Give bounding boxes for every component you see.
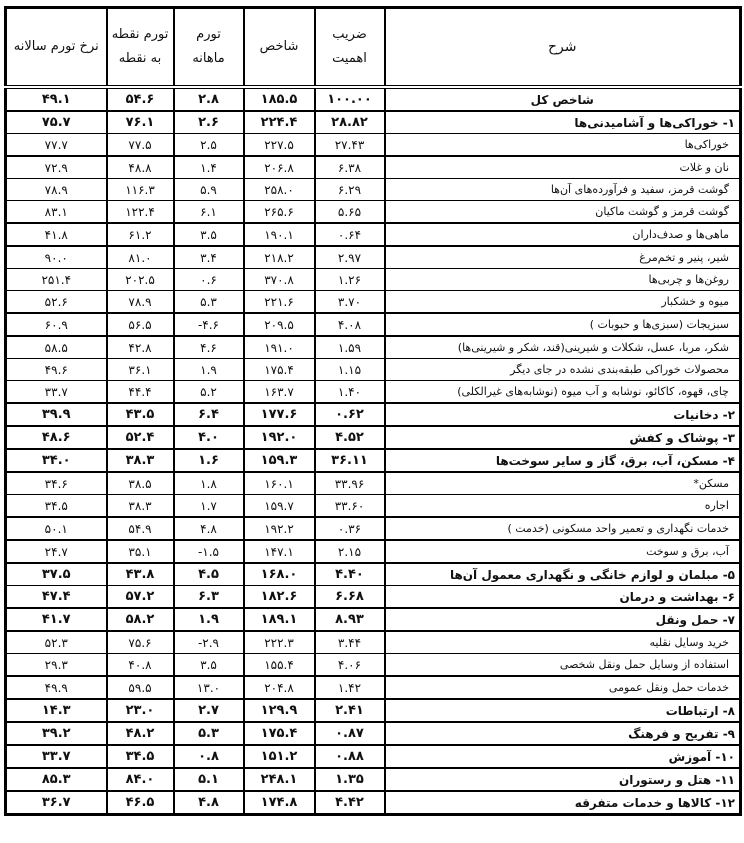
row-annual-inflation-value: ۷۷.۷ [45, 138, 68, 152]
table-row: خدمات نگهداری و تعمیر واحد مسکونی (خدمت … [6, 517, 741, 540]
row-description: ۵- مبلمان و لوازم خانگی و نگهداری معمول … [385, 563, 741, 586]
row-annual-inflation: ۱۴.۳ [6, 699, 107, 722]
row-description-value: اجاره [705, 499, 729, 512]
row-index: ۱۴۷.۱ [244, 540, 315, 563]
row-monthly-inflation: ۴.۸ [174, 517, 244, 540]
row-point-to-point-inflation-value: ۳۸.۵ [128, 477, 151, 491]
row-weight: ۱.۲۶ [315, 269, 385, 291]
row-annual-inflation: ۳۶.۷ [6, 791, 107, 815]
row-index: ۱۸۹.۱ [244, 608, 315, 631]
row-description-value: مسکن* [693, 477, 729, 490]
row-point-to-point-inflation-value: ۵۹.۵ [128, 681, 151, 695]
row-point-to-point-inflation-value: ۳۸.۳ [126, 453, 155, 468]
row-description-value: گوشت قرمز و گوشت ماکیان [595, 205, 729, 218]
row-description-value: ۱۲- کالاها و خدمات متفرقه [575, 796, 735, 810]
row-point-to-point-inflation: ۵۴.۶ [107, 87, 174, 111]
row-weight: ۱.۱۵ [315, 359, 385, 381]
row-description-value: ۱۰- آموزش [669, 750, 735, 764]
row-description: ۴- مسکن، آب، برق، گاز و سایر سوخت‌ها [385, 449, 741, 472]
row-index-value: ۲۶۵.۶ [264, 205, 294, 219]
row-annual-inflation: ۶۰.۹ [6, 313, 107, 336]
row-index-value: ۱۵۱.۲ [261, 749, 298, 764]
row-description-value: شیر، پنیر و تخم‌مرغ [639, 251, 729, 264]
table-row: اجاره۳۳.۶۰۱۵۹.۷۱.۷۳۸.۳۳۴.۵ [6, 495, 741, 518]
row-monthly-inflation-value: ۲.۵ [200, 138, 217, 152]
row-index-value: ۲۰۹.۵ [264, 318, 294, 332]
row-annual-inflation-value: ۳۹.۲ [42, 726, 71, 741]
row-point-to-point-inflation-value: ۴۸.۸ [128, 161, 151, 175]
row-point-to-point-inflation-value: ۷۷.۵ [128, 138, 151, 152]
row-description: روغن‌ها و چربی‌ها [385, 269, 741, 291]
row-annual-inflation: ۴۱.۸ [6, 223, 107, 246]
row-description-value: خدمات حمل ونقل عمومی [609, 681, 729, 694]
row-annual-inflation: ۵۲.۳ [6, 631, 107, 654]
row-annual-inflation-value: ۳۴.۶ [45, 477, 68, 491]
row-description: ۲- دخانیات [385, 403, 741, 426]
row-monthly-inflation-value: ۰.۶ [200, 273, 217, 287]
table-row: ۲- دخانیات۰.۶۲۱۷۷.۶۶.۴۴۳.۵۳۹.۹ [6, 403, 741, 426]
row-monthly-inflation: ۶.۴ [174, 403, 244, 426]
row-weight-value: ۶.۳۸ [338, 161, 361, 175]
row-monthly-inflation: ۳.۵ [174, 223, 244, 246]
row-index: ۲۱۸.۲ [244, 246, 315, 269]
row-point-to-point-inflation-value: ۴۳.۸ [126, 567, 155, 582]
row-description: ماهی‌ها و صدف‌داران [385, 223, 741, 246]
row-point-to-point-inflation: ۱۱۶.۳ [107, 179, 174, 201]
row-monthly-inflation: ۶.۳ [174, 586, 244, 609]
row-index-value: ۱۶۳.۷ [264, 385, 294, 399]
row-description-value: خوراکی‌ها [685, 138, 729, 151]
row-description: ۱۰- آموزش [385, 745, 741, 768]
row-annual-inflation: ۴۸.۶ [6, 426, 107, 449]
row-annual-inflation: ۹۰.۰ [6, 246, 107, 269]
row-weight-value: ۱.۵۹ [338, 341, 361, 355]
row-weight: ۰.۶۴ [315, 223, 385, 246]
row-index: ۱۵۹.۳ [244, 449, 315, 472]
row-monthly-inflation-value: ۳.۵ [200, 228, 217, 242]
row-annual-inflation-value: ۶۰.۹ [45, 318, 68, 332]
row-description: خدمات نگهداری و تعمیر واحد مسکونی (خدمت … [385, 517, 741, 540]
row-index-value: ۱۹۰.۱ [264, 228, 294, 242]
row-monthly-inflation-value: ۶.۴ [198, 407, 219, 422]
row-monthly-inflation-value: ۵.۳ [200, 295, 217, 309]
table-row: خرید وسایل نقلیه۳.۴۴۲۲۲.۳-۲.۹۷۵.۶۵۲.۳ [6, 631, 741, 654]
row-index: ۱۹۲.۰ [244, 426, 315, 449]
header-p2p-line2: به نقطه [119, 51, 162, 66]
row-weight: ۴.۴۰ [315, 563, 385, 586]
row-weight-value: ۲.۴۱ [335, 703, 364, 718]
row-description-value: ۴- مسکن، آب، برق، گاز و سایر سوخت‌ها [496, 454, 735, 468]
row-description-value: محصولات خوراکی طبقه‌بندی نشده در جای دیگ… [510, 363, 729, 376]
row-point-to-point-inflation-value: ۴۸.۲ [126, 726, 155, 741]
row-monthly-inflation-value: ۱.۸ [200, 477, 217, 491]
table-row: روغن‌ها و چربی‌ها۱.۲۶۳۷۰.۸۰.۶۲۰۲.۵۲۵۱.۴ [6, 269, 741, 291]
row-weight: ۱.۴۲ [315, 676, 385, 699]
row-point-to-point-inflation: ۵۴.۹ [107, 517, 174, 540]
row-monthly-inflation: ۲.۶ [174, 111, 244, 134]
row-weight-value: ۲.۱۵ [338, 545, 361, 559]
row-description-value: ۳- پوشاک و کفش [629, 431, 735, 445]
row-annual-inflation: ۳۴.۰ [6, 449, 107, 472]
table-row: شیر، پنیر و تخم‌مرغ۲.۹۷۲۱۸.۲۳.۴۸۱.۰۹۰.۰ [6, 246, 741, 269]
row-monthly-inflation: ۵.۹ [174, 179, 244, 201]
row-description: چای، قهوه، کاکائو، نوشابه و آب میوه (نوش… [385, 381, 741, 404]
row-annual-inflation-value: ۴۹.۹ [45, 681, 68, 695]
row-point-to-point-inflation-value: ۸۴.۰ [126, 772, 155, 787]
row-monthly-inflation-value: ۴.۰ [198, 430, 219, 445]
row-monthly-inflation: ۲.۵ [174, 134, 244, 157]
row-point-to-point-inflation-value: ۵۶.۵ [128, 318, 151, 332]
row-index: ۲۲۲.۳ [244, 631, 315, 654]
row-point-to-point-inflation: ۷۸.۹ [107, 291, 174, 314]
table-row: ۱- خوراکی‌ها و آشامیدنی‌ها۲۸.۸۲۲۲۴.۴۲.۶۷… [6, 111, 741, 134]
row-annual-inflation: ۷۷.۷ [6, 134, 107, 157]
row-index: ۲۰۶.۸ [244, 156, 315, 179]
row-monthly-inflation-value: ۶.۳ [198, 589, 219, 604]
row-weight-value: ۲.۹۷ [338, 251, 361, 265]
table-row: استفاده از وسایل حمل ونقل شخصی۴.۰۶۱۵۵.۴۳… [6, 654, 741, 677]
row-point-to-point-inflation-value: ۳۶.۱ [128, 363, 151, 377]
row-weight-value: ۳۶.۱۱ [331, 453, 368, 468]
row-index-value: ۱۹۱.۰ [264, 341, 294, 355]
row-description: ۳- پوشاک و کفش [385, 426, 741, 449]
row-annual-inflation: ۲۵۱.۴ [6, 269, 107, 291]
row-annual-inflation: ۴۹.۹ [6, 676, 107, 699]
row-monthly-inflation: ۵.۳ [174, 722, 244, 745]
row-point-to-point-inflation-value: ۸۱.۰ [128, 251, 151, 265]
row-monthly-inflation-value: ۶.۱ [200, 205, 217, 219]
row-annual-inflation-value: ۷۸.۹ [45, 183, 68, 197]
row-point-to-point-inflation: ۳۴.۵ [107, 745, 174, 768]
header-monthly-label: تورم ماهانه [192, 27, 224, 66]
row-monthly-inflation: ۱۳.۰ [174, 676, 244, 699]
row-description-value: نان و غلات [680, 161, 729, 174]
table-row: ۱۱- هتل و رستوران۱.۳۵۲۴۸.۱۵.۱۸۴.۰۸۵.۳ [6, 768, 741, 791]
row-annual-inflation-value: ۵۲.۶ [45, 295, 68, 309]
row-point-to-point-inflation-value: ۷۶.۱ [126, 115, 155, 130]
row-index: ۱۵۱.۲ [244, 745, 315, 768]
row-index-value: ۱۸۹.۱ [261, 612, 298, 627]
row-monthly-inflation: ۴.۶ [174, 336, 244, 359]
row-point-to-point-inflation-value: ۱۲۲.۴ [125, 205, 155, 219]
row-annual-inflation-value: ۳۳.۷ [45, 385, 68, 399]
row-index-value: ۱۵۹.۷ [264, 499, 294, 513]
row-point-to-point-inflation: ۱۲۲.۴ [107, 201, 174, 224]
row-annual-inflation-value: ۹۰.۰ [45, 251, 68, 265]
row-annual-inflation: ۳۹.۲ [6, 722, 107, 745]
row-index-value: ۱۹۲.۲ [264, 522, 294, 536]
row-index: ۲۴۸.۱ [244, 768, 315, 791]
row-monthly-inflation-value: ۱۳.۰ [197, 681, 220, 695]
row-description-value: خدمات نگهداری و تعمیر واحد مسکونی (خدمت … [507, 522, 729, 535]
row-weight-value: ۰.۸۸ [335, 749, 364, 764]
row-annual-inflation-value: ۴۱.۷ [42, 612, 71, 627]
row-annual-inflation-value: ۴۸.۶ [42, 430, 71, 445]
row-description-value: ماهی‌ها و صدف‌داران [632, 228, 729, 241]
row-monthly-inflation-value: ۴.۵ [198, 567, 219, 582]
row-annual-inflation-value: ۳۴.۰ [42, 453, 71, 468]
row-description-value: ۱- خوراکی‌ها و آشامیدنی‌ها [574, 116, 735, 130]
row-description-value: ۶- بهداشت و درمان [619, 590, 735, 604]
header-annual-label: نرخ تورم سالانه [14, 39, 99, 54]
row-point-to-point-inflation-value: ۵۸.۲ [126, 612, 155, 627]
row-description: خرید وسایل نقلیه [385, 631, 741, 654]
row-monthly-inflation-value: ۴.۸ [198, 795, 219, 810]
row-monthly-inflation-value: ۲.۶ [198, 115, 219, 130]
row-point-to-point-inflation-value: ۷۸.۹ [128, 295, 151, 309]
row-index-value: ۱۷۵.۴ [264, 363, 294, 377]
cpi-table-container: شرح ضریباهمیت شاخص تورم ماهانه تورم نقطه… [4, 6, 739, 816]
row-point-to-point-inflation: ۴۳.۸ [107, 563, 174, 586]
row-point-to-point-inflation-value: ۲۰۲.۵ [125, 273, 155, 287]
row-point-to-point-inflation: ۵۷.۲ [107, 586, 174, 609]
row-weight-value: ۴.۴۲ [335, 795, 364, 810]
row-point-to-point-inflation-value: ۵۲.۴ [126, 430, 155, 445]
row-monthly-inflation: -۲.۹ [174, 631, 244, 654]
row-description-value: روغن‌ها و چربی‌ها [649, 273, 729, 286]
row-weight-value: ۱.۲۶ [338, 273, 361, 287]
row-weight: ۴.۰۶ [315, 654, 385, 677]
row-description-value: چای، قهوه، کاکائو، نوشابه و آب میوه (نوش… [457, 385, 729, 398]
row-weight: ۶.۶۸ [315, 586, 385, 609]
row-index-value: ۱۷۷.۶ [261, 407, 298, 422]
row-annual-inflation-value: ۱۴.۳ [42, 703, 71, 718]
table-row: ۱۲- کالاها و خدمات متفرقه۴.۴۲۱۷۴.۸۴.۸۴۶.… [6, 791, 741, 815]
row-annual-inflation: ۴۹.۱ [6, 87, 107, 111]
row-annual-inflation: ۳۴.۶ [6, 472, 107, 495]
row-monthly-inflation: ۵.۱ [174, 768, 244, 791]
row-weight-value: ۴.۰۶ [338, 658, 361, 672]
row-index-value: ۱۵۹.۳ [261, 453, 298, 468]
row-point-to-point-inflation: ۳۸.۳ [107, 495, 174, 518]
row-monthly-inflation: ۴.۰ [174, 426, 244, 449]
row-point-to-point-inflation: ۴۰.۸ [107, 654, 174, 677]
row-description: مسکن* [385, 472, 741, 495]
header-point-to-point: تورم نقطهبه نقطه [107, 8, 174, 88]
row-index-value: ۲۲۷.۵ [264, 138, 294, 152]
row-index: ۱۷۷.۶ [244, 403, 315, 426]
row-index-value: ۳۷۰.۸ [264, 273, 294, 287]
header-weight: ضریباهمیت [315, 8, 385, 88]
row-annual-inflation-value: ۷۵.۷ [42, 115, 71, 130]
row-weight-value: ۳.۷۰ [338, 295, 361, 309]
row-description: آب، برق و سوخت [385, 540, 741, 563]
row-index: ۱۸۵.۵ [244, 87, 315, 111]
row-monthly-inflation-value: -۴.۶ [198, 318, 219, 332]
row-index: ۲۲۴.۴ [244, 111, 315, 134]
row-point-to-point-inflation: ۴۸.۸ [107, 156, 174, 179]
row-index-value: ۱۹۲.۰ [261, 430, 298, 445]
row-weight: ۴.۵۲ [315, 426, 385, 449]
row-point-to-point-inflation: ۷۶.۱ [107, 111, 174, 134]
row-weight: ۴.۰۸ [315, 313, 385, 336]
row-description-value: ۱۱- هتل و رستوران [619, 773, 735, 787]
row-description-value: ۲- دخانیات [673, 408, 735, 422]
row-monthly-inflation: ۱.۸ [174, 472, 244, 495]
row-monthly-inflation-value: ۵.۹ [200, 183, 217, 197]
row-weight-value: ۳۳.۹۶ [335, 477, 365, 491]
row-index: ۲۰۴.۸ [244, 676, 315, 699]
row-index: ۱۶۳.۷ [244, 381, 315, 404]
row-annual-inflation: ۷۸.۹ [6, 179, 107, 201]
row-monthly-inflation: ۲.۷ [174, 699, 244, 722]
row-annual-inflation: ۵۸.۵ [6, 336, 107, 359]
row-annual-inflation-value: ۲۴.۷ [45, 545, 68, 559]
row-point-to-point-inflation: ۶۱.۲ [107, 223, 174, 246]
row-weight-value: ۶.۶۸ [335, 589, 364, 604]
row-weight: ۳۳.۶۰ [315, 495, 385, 518]
row-point-to-point-inflation-value: ۳۴.۵ [126, 749, 155, 764]
row-weight-value: ۱۰۰.۰۰ [327, 92, 372, 107]
row-index: ۲۶۵.۶ [244, 201, 315, 224]
table-row: آب، برق و سوخت۲.۱۵۱۴۷.۱-۱.۵۳۵.۱۲۴.۷ [6, 540, 741, 563]
row-point-to-point-inflation-value: ۳۵.۱ [128, 545, 151, 559]
row-annual-inflation-value: ۴۹.۶ [45, 363, 68, 377]
row-point-to-point-inflation: ۵۲.۴ [107, 426, 174, 449]
row-description-value: شکر، مربا، عسل، شکلات و شیرینی(قند، شکر … [458, 341, 729, 354]
row-weight: ۲۷.۴۳ [315, 134, 385, 157]
row-annual-inflation: ۳۹.۹ [6, 403, 107, 426]
row-weight-value: ۲۷.۴۳ [335, 138, 365, 152]
row-monthly-inflation: ۵.۳ [174, 291, 244, 314]
row-index: ۱۲۹.۹ [244, 699, 315, 722]
row-weight: ۲.۱۵ [315, 540, 385, 563]
row-point-to-point-inflation-value: ۷۵.۶ [128, 636, 151, 650]
row-weight: ۳.۷۰ [315, 291, 385, 314]
row-annual-inflation-value: ۳۶.۷ [42, 795, 71, 810]
row-monthly-inflation: ۲.۸ [174, 87, 244, 111]
row-point-to-point-inflation: ۴۳.۵ [107, 403, 174, 426]
table-row: ۹- تفریح و فرهنگ۰.۸۷۱۷۵.۴۵.۳۴۸.۲۳۹.۲ [6, 722, 741, 745]
row-annual-inflation: ۲۴.۷ [6, 540, 107, 563]
row-annual-inflation-value: ۸۵.۳ [42, 772, 71, 787]
row-index-value: ۲۲۲.۳ [264, 636, 294, 650]
row-weight-value: ۱.۴۲ [338, 681, 361, 695]
row-point-to-point-inflation: ۴۶.۵ [107, 791, 174, 815]
row-weight: ۲.۹۷ [315, 246, 385, 269]
row-index: ۱۷۵.۴ [244, 359, 315, 381]
row-weight: ۰.۸۸ [315, 745, 385, 768]
row-point-to-point-inflation: ۴۲.۸ [107, 336, 174, 359]
row-weight-value: ۰.۸۷ [335, 726, 364, 741]
row-annual-inflation: ۷۵.۷ [6, 111, 107, 134]
row-monthly-inflation-value: ۲.۷ [198, 703, 219, 718]
row-point-to-point-inflation-value: ۳۸.۳ [128, 499, 151, 513]
row-point-to-point-inflation-value: ۶۱.۲ [128, 228, 151, 242]
row-annual-inflation: ۳۷.۵ [6, 563, 107, 586]
row-annual-inflation: ۳۴.۵ [6, 495, 107, 518]
row-index-value: ۲۲۱.۶ [264, 295, 294, 309]
row-index-value: ۱۶۰.۱ [264, 477, 294, 491]
row-monthly-inflation-value: ۵.۱ [198, 772, 219, 787]
table-row: ۳- پوشاک و کفش۴.۵۲۱۹۲.۰۴.۰۵۲.۴۴۸.۶ [6, 426, 741, 449]
table-row: ۶- بهداشت و درمان۶.۶۸۱۸۲.۶۶.۳۵۷.۲۴۷.۴ [6, 586, 741, 609]
row-annual-inflation: ۵۲.۶ [6, 291, 107, 314]
row-monthly-inflation: ۶.۱ [174, 201, 244, 224]
row-weight-value: ۱.۳۵ [335, 772, 364, 787]
table-row: ۱۰- آموزش۰.۸۸۱۵۱.۲۰.۸۳۴.۵۳۳.۷ [6, 745, 741, 768]
table-row: نان و غلات۶.۳۸۲۰۶.۸۱.۴۴۸.۸۷۲.۹ [6, 156, 741, 179]
table-row: شکر، مربا، عسل، شکلات و شیرینی(قند، شکر … [6, 336, 741, 359]
row-index-value: ۲۵۸.۰ [264, 183, 294, 197]
row-point-to-point-inflation-value: ۴۰.۸ [128, 658, 151, 672]
row-monthly-inflation: ۰.۶ [174, 269, 244, 291]
row-weight: ۰.۸۷ [315, 722, 385, 745]
row-monthly-inflation-value: ۴.۸ [200, 522, 217, 536]
row-description: گوشت قرمز و گوشت ماکیان [385, 201, 741, 224]
table-row: میوه و خشکبار۳.۷۰۲۲۱.۶۵.۳۷۸.۹۵۲.۶ [6, 291, 741, 314]
row-index: ۱۸۲.۶ [244, 586, 315, 609]
table-row: شاخص کل۱۰۰.۰۰۱۸۵.۵۲.۸۵۴.۶۴۹.۱ [6, 87, 741, 111]
row-weight: ۶.۲۹ [315, 179, 385, 201]
row-monthly-inflation-value: -۱.۵ [198, 545, 219, 559]
row-point-to-point-inflation: ۵۸.۲ [107, 608, 174, 631]
row-weight-value: ۰.۶۴ [338, 228, 361, 242]
table-row: ۴- مسکن، آب، برق، گاز و سایر سوخت‌ها۳۶.۱… [6, 449, 741, 472]
row-index: ۲۲۷.۵ [244, 134, 315, 157]
row-index: ۱۷۵.۴ [244, 722, 315, 745]
header-annual: نرخ تورم سالانه [6, 8, 107, 88]
row-point-to-point-inflation: ۲۳.۰ [107, 699, 174, 722]
row-point-to-point-inflation-value: ۵۷.۲ [126, 589, 155, 604]
row-monthly-inflation-value: ۴.۶ [200, 341, 217, 355]
row-description: ۱- خوراکی‌ها و آشامیدنی‌ها [385, 111, 741, 134]
row-description: خدمات حمل ونقل عمومی [385, 676, 741, 699]
row-weight: ۲۸.۸۲ [315, 111, 385, 134]
row-weight-value: ۳۳.۶۰ [335, 499, 365, 513]
row-point-to-point-inflation: ۲۰۲.۵ [107, 269, 174, 291]
row-point-to-point-inflation-value: ۴۴.۴ [128, 385, 151, 399]
row-weight-value: ۰.۶۲ [335, 407, 364, 422]
row-index-value: ۲۱۸.۲ [264, 251, 294, 265]
row-point-to-point-inflation: ۳۶.۱ [107, 359, 174, 381]
row-point-to-point-inflation: ۴۴.۴ [107, 381, 174, 404]
row-description: استفاده از وسایل حمل ونقل شخصی [385, 654, 741, 677]
row-point-to-point-inflation: ۸۱.۰ [107, 246, 174, 269]
row-annual-inflation-value: ۴۱.۸ [45, 228, 68, 242]
row-index-value: ۱۴۷.۱ [264, 545, 294, 559]
table-row: گوشت قرمز، سفید و فرآورده‌های آن‌ها۶.۲۹۲… [6, 179, 741, 201]
row-description-value: ۹- تفریح و فرهنگ [628, 727, 735, 741]
header-index: شاخص [244, 8, 315, 88]
row-annual-inflation-value: ۵۲.۳ [45, 636, 68, 650]
row-point-to-point-inflation-value: ۵۴.۶ [126, 92, 155, 107]
row-description: ۸- ارتباطات [385, 699, 741, 722]
row-monthly-inflation: ۴.۵ [174, 563, 244, 586]
row-annual-inflation-value: ۳۷.۵ [42, 567, 71, 582]
row-index: ۱۹۰.۱ [244, 223, 315, 246]
row-description: محصولات خوراکی طبقه‌بندی نشده در جای دیگ… [385, 359, 741, 381]
row-monthly-inflation: ۱.۶ [174, 449, 244, 472]
row-index-value: ۲۰۶.۸ [264, 161, 294, 175]
row-index-value: ۱۸۲.۶ [261, 589, 298, 604]
row-point-to-point-inflation-value: ۴۲.۸ [128, 341, 151, 355]
row-description: شکر، مربا، عسل، شکلات و شیرینی(قند، شکر … [385, 336, 741, 359]
row-monthly-inflation: -۱.۵ [174, 540, 244, 563]
table-row: ۷- حمل ونقل۸.۹۳۱۸۹.۱۱.۹۵۸.۲۴۱.۷ [6, 608, 741, 631]
row-description: ۹- تفریح و فرهنگ [385, 722, 741, 745]
row-weight-value: ۶.۲۹ [338, 183, 361, 197]
row-index: ۱۷۴.۸ [244, 791, 315, 815]
header-weight-line1: ضریب [332, 27, 367, 42]
table-row: خوراکی‌ها۲۷.۴۳۲۲۷.۵۲.۵۷۷.۵۷۷.۷ [6, 134, 741, 157]
header-p2p-line1: تورم نقطه [112, 27, 169, 42]
header-row: شرح ضریباهمیت شاخص تورم ماهانه تورم نقطه… [6, 8, 741, 88]
row-point-to-point-inflation: ۵۹.۵ [107, 676, 174, 699]
row-annual-inflation-value: ۵۰.۱ [45, 522, 68, 536]
row-point-to-point-inflation: ۴۸.۲ [107, 722, 174, 745]
row-point-to-point-inflation: ۳۸.۳ [107, 449, 174, 472]
